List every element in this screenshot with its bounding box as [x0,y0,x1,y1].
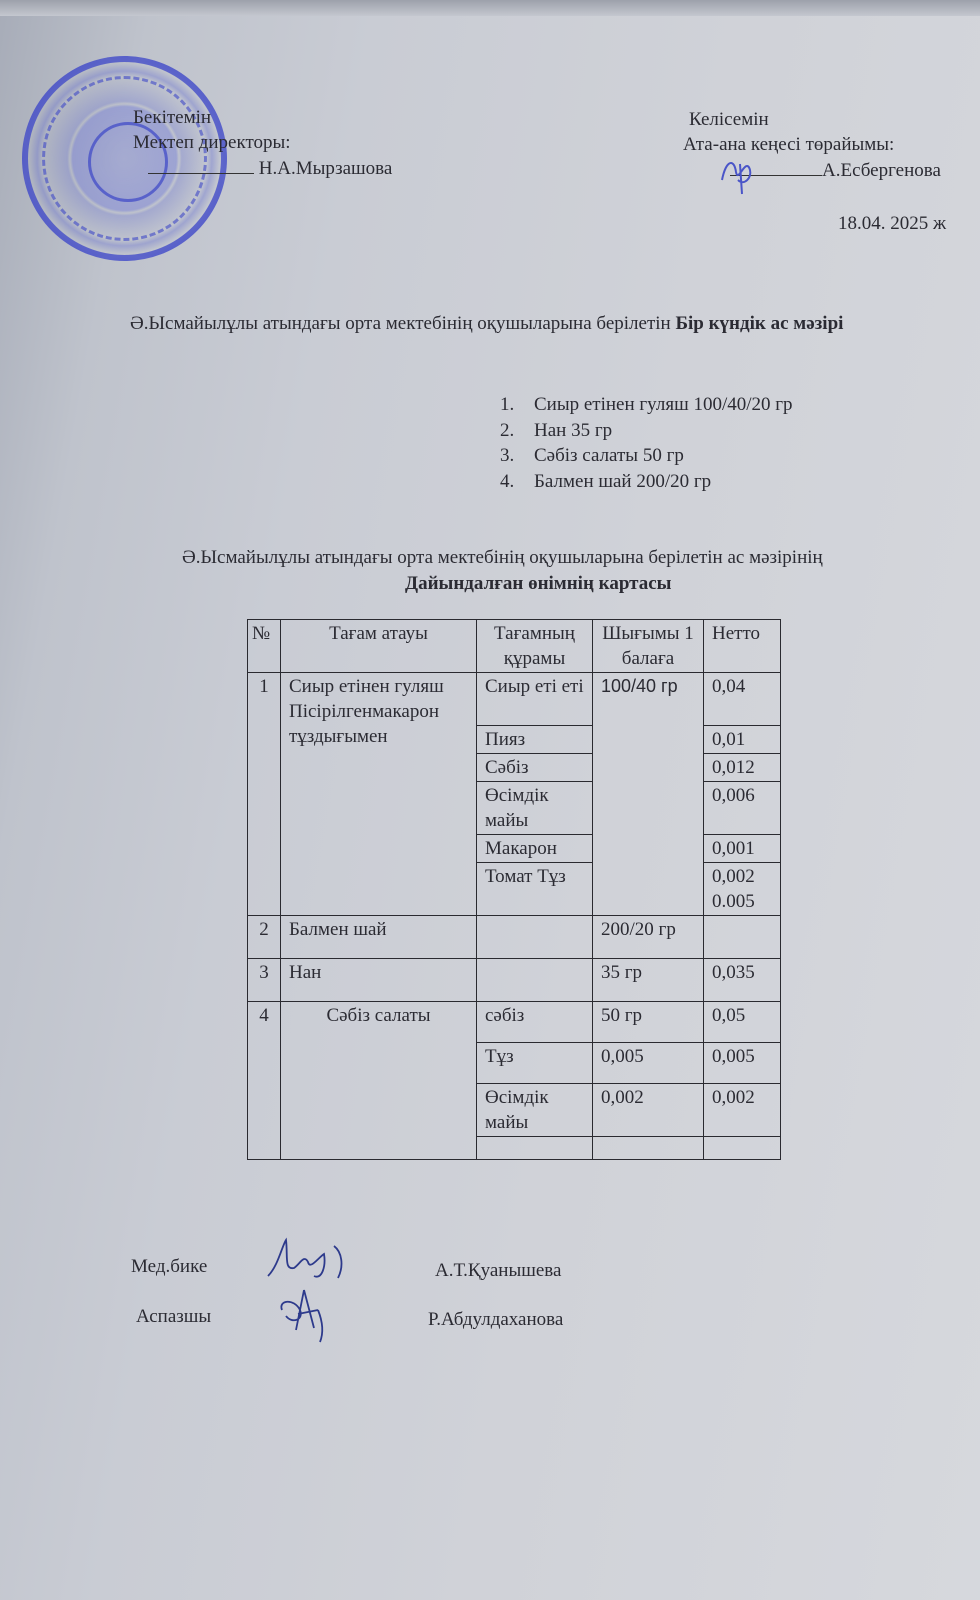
row-number: 1 [248,673,281,916]
yield [593,1137,704,1160]
netto: 0,05 [704,1002,781,1043]
signature-name-nurse: А.Т.Қуанышева [435,1259,561,1283]
yield: 200/20 гр [593,916,704,959]
netto: 0,006 [704,782,781,835]
yield: 100/40 гр [593,673,704,916]
menu-item-text: Сиыр етінен гуляш 100/40/20 гр [534,394,793,415]
approval-right-role: Ата-ана кеңесі төрайымы: [683,133,894,157]
netto [704,916,781,959]
netto: 0,04 [704,673,781,726]
parent-council-signature-icon [716,150,760,196]
ingredient: Сиыр еті еті [477,673,593,726]
netto: 0,002 [704,1084,781,1137]
approval-left-signature-line: Н.А.Мырзашова [148,157,392,181]
netto: 0,012 [704,754,781,782]
header-dish: Тағам атауы [281,620,477,673]
table-header-row: № Тағам атауы Тағамның құрамы Шығымы 1 б… [248,620,781,673]
table-row: 2 Балмен шай 200/20 гр [248,916,781,959]
netto: 0,035 [704,959,781,1002]
menu-title-prefix: Ә.Ысмайылұлы атындағы орта мектебінің оқ… [130,313,675,334]
netto [704,1137,781,1160]
yield: 0,005 [593,1043,704,1084]
ingredient: Пияз [477,726,593,754]
header-netto: Нетто [704,620,781,673]
cook-signature-icon [274,1280,334,1350]
table-row: 4 Сәбіз салаты сәбіз 50 гр 0,05 [248,1002,781,1043]
menu-item: 1.Сиыр етінен гуляш 100/40/20 гр [500,392,793,418]
dish-name: Нан [281,959,477,1002]
nurse-signature-icon [264,1236,354,1286]
approval-left-role: Мектеп директоры: [133,131,291,155]
row-number: 2 [248,916,281,959]
signature-role-cook: Аспазшы [136,1305,211,1329]
ingredient: Өсімдік майы [477,1084,593,1137]
yield: 0,002 [593,1084,704,1137]
menu-title-bold: Бір күндік ас мәзірі [675,313,843,334]
row-number: 4 [248,1002,281,1160]
card-title-line1: Ә.Ысмайылұлы атындағы орта мектебінің оқ… [182,546,823,570]
composition [477,959,593,1002]
netto: 0,005 [704,1043,781,1084]
menu-item-number: 1. [500,392,534,418]
dish-name: Балмен шай [281,916,477,959]
header-no: № [248,620,281,673]
product-card-table: № Тағам атауы Тағамның құрамы Шығымы 1 б… [247,619,781,1160]
yield: 35 гр [593,959,704,1002]
menu-item-text: Нан 35 гр [534,420,612,441]
netto: 0,001 [704,835,781,863]
menu-item-number: 3. [500,443,534,469]
header-yield: Шығымы 1 балаға [593,620,704,673]
menu-item-number: 4. [500,469,534,495]
ingredient: сәбіз [477,1002,593,1043]
menu-item: 3.Сәбіз салаты 50 гр [500,443,793,469]
header-composition: Тағамның құрамы [477,620,593,673]
approval-left-heading: Бекітемін [133,106,211,130]
dish-name: Сәбіз салаты [281,1002,477,1160]
table-row: 3 Нан 35 гр 0,035 [248,959,781,1002]
menu-item-number: 2. [500,418,534,444]
approval-right-name: А.Есбергенова [822,160,941,181]
ingredient: Тұз [477,1043,593,1084]
dish-name: Сиыр етінен гуляш Пісірілгенмакарон тұзд… [281,673,477,916]
ingredient: Өсімдік майы [477,782,593,835]
signature-role-nurse: Мед.бике [131,1255,207,1279]
ingredient: Макарон [477,835,593,863]
approval-right-heading: Келісемін [689,108,769,132]
approval-left-name: Н.А.Мырзашова [259,158,393,179]
ingredient [477,1137,593,1160]
menu-title: Ә.Ысмайылұлы атындағы орта мектебінің оқ… [130,312,843,336]
paper-top-edge [0,0,980,16]
row-number: 3 [248,959,281,1002]
ingredient: Томат Тұз [477,863,593,916]
menu-item: 4.Балмен шай 200/20 гр [500,469,793,495]
yield: 50 гр [593,1002,704,1043]
approval-date: 18.04. 2025 ж [838,212,946,236]
card-title-line2: Дайындалған өнімнің картасы [405,572,671,596]
menu-item-text: Балмен шай 200/20 гр [534,471,711,492]
menu-list: 1.Сиыр етінен гуляш 100/40/20 гр 2.Нан 3… [500,392,793,494]
ingredient: Сәбіз [477,754,593,782]
netto: 0,01 [704,726,781,754]
composition [477,916,593,959]
menu-item-text: Сәбіз салаты 50 гр [534,445,684,466]
netto: 0,002 0.005 [704,863,781,916]
table-row: 1 Сиыр етінен гуляш Пісірілгенмакарон тұ… [248,673,781,726]
approval-right-signature-line: А.Есбергенова [730,159,941,183]
menu-item: 2.Нан 35 гр [500,418,793,444]
signature-name-cook: Р.Абдулдаханова [428,1308,563,1332]
